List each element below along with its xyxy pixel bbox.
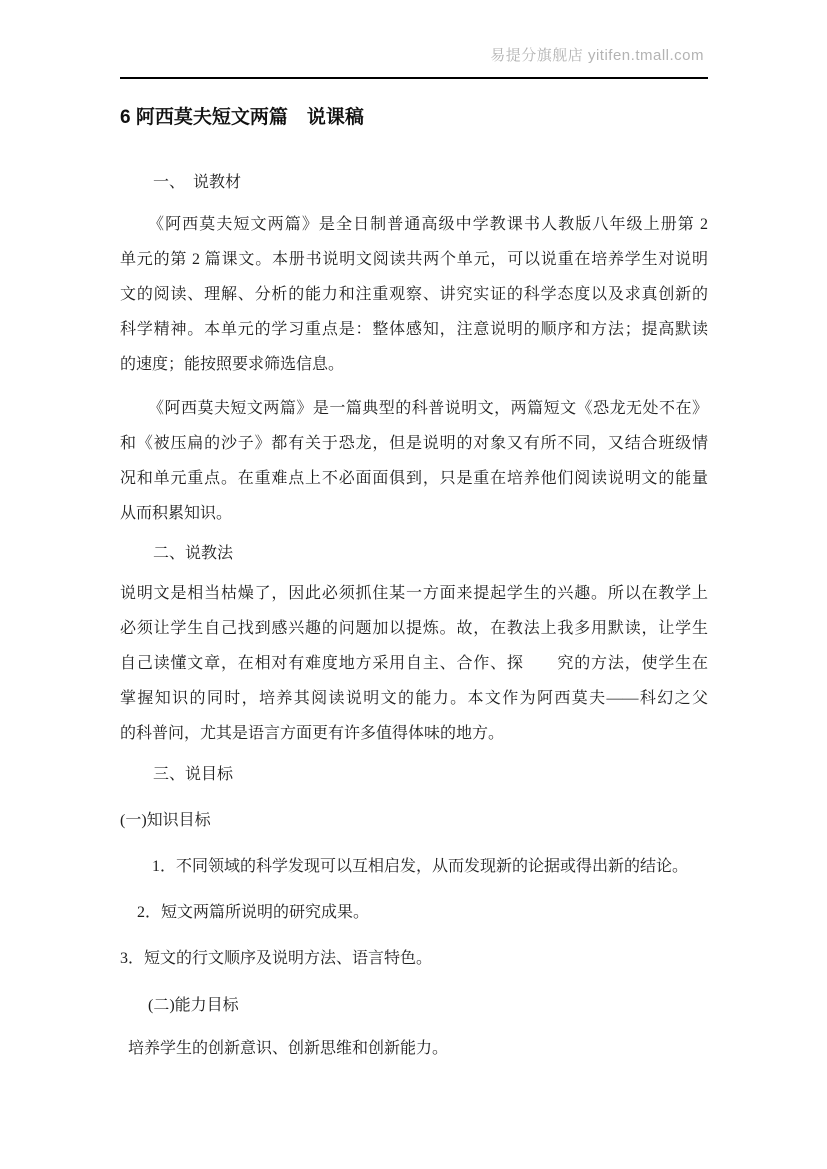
knowledge-item-3: 3．短文的行文顺序及说明方法、语言特色。 — [120, 941, 708, 976]
paragraph-1-line: 科学精神。本单元的学习重点是：整体感知，注意说明的顺序和方法；提高默读 — [120, 312, 708, 347]
paragraph-1-line: 《阿西莫夫短文两篇》是全日制普通高级中学教课书人教版八年级上册第 2 — [120, 207, 708, 242]
paragraph-3-line: 自己读懂文章，在相对有难度地方采用自主、合作、探 究的方法，使学生在 — [120, 646, 708, 681]
document-page: 易提分旗舰店 yitifen.tmall.com 6 阿西莫夫短文两篇 说课稿 … — [0, 0, 827, 1169]
page-header-rule: 易提分旗舰店 yitifen.tmall.com — [120, 0, 708, 79]
paragraph-1-line: 单元的第 2 篇课文。本册书说明文阅读共两个单元，可以说重在培养学生对说明 — [120, 242, 708, 277]
knowledge-goals-heading: (一)知识目标 — [120, 803, 708, 838]
ability-goals-heading: (二)能力目标 — [120, 988, 708, 1023]
paragraph-3-line: 必须让学生自己找到感兴趣的问题加以提炼。故，在教法上我多用默读，让学生 — [120, 611, 708, 646]
paragraph-2-line: 《阿西莫夫短文两篇》是一篇典型的科普说明文，两篇短文《恐龙无处不在》 — [120, 391, 708, 426]
paragraph-2-line: 从而积累知识。 — [120, 496, 708, 531]
paragraph-1-line: 文的阅读、理解、分析的能力和注重观察、讲究实证的科学态度以及求真创新的 — [120, 277, 708, 312]
document-title: 6 阿西莫夫短文两篇 说课稿 — [120, 105, 708, 131]
paragraph-1-line: 的速度；能按照要求筛选信息。 — [120, 347, 708, 382]
paragraph-1: 《阿西莫夫短文两篇》是全日制普通高级中学教课书人教版八年级上册第 2 单元的第 … — [120, 207, 708, 382]
knowledge-item-2: 2．短文两篇所说明的研究成果。 — [120, 895, 708, 930]
section-heading-1-shuo-jiaocai: 一、 说教材 — [120, 170, 708, 196]
paragraph-2-line: 况和单元重点。在重难点上不必面面俱到，只是重在培养他们阅读说明文的能量 — [120, 461, 708, 496]
paragraph-3-line: 说明文是相当枯燥了，因此必须抓住某一方面来提起学生的兴趣。所以在教学上 — [120, 576, 708, 611]
store-watermark: 易提分旗舰店 yitifen.tmall.com — [120, 45, 708, 67]
page-content: 易提分旗舰店 yitifen.tmall.com 6 阿西莫夫短文两篇 说课稿 … — [120, 0, 708, 1066]
section-heading-3-shuo-mubiao: 三、说目标 — [120, 757, 708, 792]
paragraph-3-line: 的科普问，尤其是语言方面更有许多值得体味的地方。 — [120, 716, 708, 751]
paragraph-3: 说明文是相当枯燥了，因此必须抓住某一方面来提起学生的兴趣。所以在教学上 必须让学… — [120, 576, 708, 751]
paragraph-2-line: 和《被压扁的沙子》都有关于恐龙，但是说明的对象又有所不同，又结合班级情 — [120, 426, 708, 461]
paragraph-2: 《阿西莫夫短文两篇》是一篇典型的科普说明文，两篇短文《恐龙无处不在》 和《被压扁… — [120, 391, 708, 531]
ability-goals-text: 培养学生的创新意识、创新思维和创新能力。 — [120, 1031, 708, 1066]
knowledge-item-1: 1．不同领域的科学发现可以互相启发，从而发现新的论据或得出新的结论。 — [120, 849, 708, 884]
paragraph-3-line: 掌握知识的同时，培养其阅读说明文的能力。本文作为阿西莫夫——科幻之父 — [120, 681, 708, 716]
section-heading-2-shuo-jiaofa: 二、说教法 — [120, 536, 708, 571]
